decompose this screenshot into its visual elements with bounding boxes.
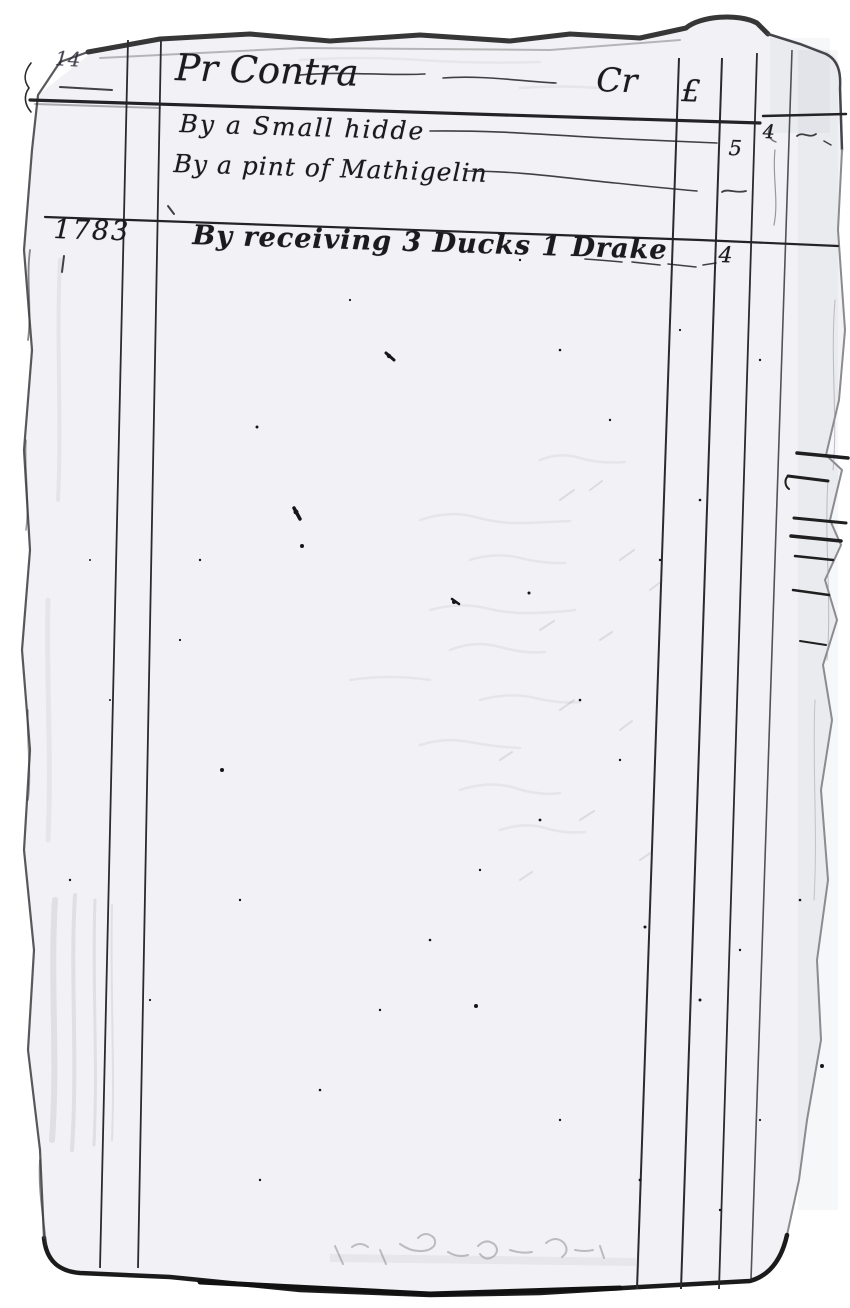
entry-year: 1783	[53, 214, 131, 247]
credit-abbreviation: Cr	[596, 60, 638, 100]
page-sheet	[22, 16, 846, 1294]
entry-1-shillings: 5	[728, 136, 742, 160]
ledger-page-scan: 14 Pr Contra Cr £ By a Small hidde 5 4 B…	[0, 0, 850, 1308]
entry-1-pence: 4	[762, 121, 775, 143]
currency-symbol: £	[681, 74, 701, 110]
page-title: Pr Contra	[175, 46, 360, 95]
folio-mark: 14	[54, 46, 81, 72]
entry-3-shillings: 4	[718, 243, 733, 268]
page-texture	[0, 0, 850, 1308]
